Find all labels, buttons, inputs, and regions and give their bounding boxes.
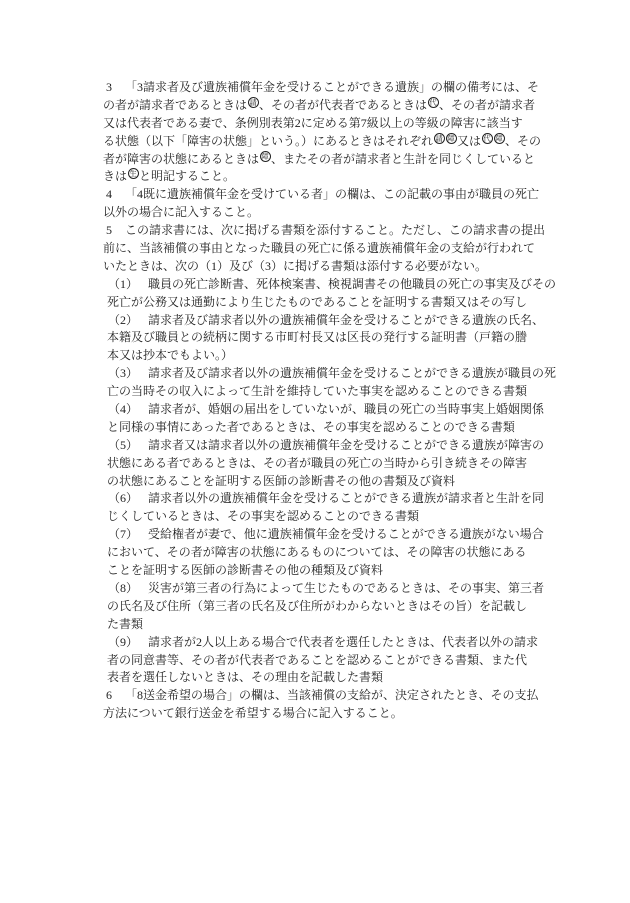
text-line: の氏名及び住所（第三者の氏名及び住所がわからないときはその旨）を記載し [103,598,543,616]
circled-kanji: 生 [128,168,139,179]
line-text: 、その [505,134,541,148]
line-text: 者の同意書等、その者が代表者であることを認めることができる書類、また代 [107,653,527,667]
item-number: 5 [103,222,125,240]
text-line: 又は代表者である妻で、条例別表第2に定める第7級以上の等級の障害に該当す [103,115,543,133]
text-line: において、その者が障害の状態にあるものについては、その障害の状態にある [103,544,543,562]
line-text: じくしているときは、その事実を認めることのできる書類 [107,509,419,523]
item-number: 3 [103,79,125,97]
text-line: 表者を選任しないときは、その理由を記載した書類 [103,669,543,687]
line-text: 受給権者が妻で、他に遺族補償年金を受けることができる遺族がない場合 [148,527,544,541]
text-line: 前に、当該補償の事由となった職員の死亡に係る遺族補償年金の支給が行われて [103,240,543,258]
sub-item-number: （8） [103,580,148,598]
line-text: 請求者又は請求者以外の遺族補償年金を受けることができる遺族が障害の [148,438,544,452]
text-line: 4「4既に遺族補償年金を受けている者」の欄は、この記載の事由が職員の死亡 [103,186,543,204]
text-line: じくしているときは、その事実を認めることのできる書類 [103,508,543,526]
text-line: 6「8送金希望の場合」の欄は、当該補償の支給が、決定されたとき、その支払 [103,687,543,705]
text-line: （4）請求者が、婚姻の届出をしていないが、職員の死亡の当時事実上婚姻関係 [103,401,543,419]
circled-kanji: 請 [434,133,445,144]
sub-item-number: （4） [103,401,148,419]
line-text: の状態にあることを証明する医師の診断書その他の書類及び資料 [107,474,455,488]
line-text: この請求書には、次に掲げる書類を添付すること。ただし、この請求書の提出 [125,223,545,237]
line-text: 方法について銀行送金を希望する場合に記入すること。 [103,706,403,720]
line-text: 請求者が、婚姻の届出をしていないが、職員の死亡の当時事実上婚姻関係 [148,402,544,416]
line-text: 、その者が代表者であるときは [259,98,427,112]
sub-item-number: （3） [103,365,148,383]
text-line: （5）請求者又は請求者以外の遺族補償年金を受けることができる遺族が障害の [103,437,543,455]
text-line: （9）請求者が2人以上ある場合で代表者を選任したときは、代表者以外の請求 [103,634,543,652]
line-text: 請求者及び請求者以外の遺族補償年金を受けることができる遺族が職員の死 [148,366,556,380]
line-text: 職員の死亡診断書、死体検案書、検視調書その他職員の死亡の事実及びその [148,277,556,291]
line-text: と同様の事情にあった者であるときは、その事実を認めることのできる書類 [107,420,515,434]
text-line: る状態（以下「障害の状態」という。）にあるときはそれぞれ請障又は代障、その [103,133,543,151]
line-text: の氏名及び住所（第三者の氏名及び住所がわからないときはその旨）を記載し [107,599,527,613]
circled-kanji: 代 [482,133,493,144]
text-line: た書類 [103,616,543,634]
sub-item-number: （5） [103,437,148,455]
line-text: 請求者及び請求者以外の遺族補償年金を受けることができる遺族の氏名、 [148,313,544,327]
line-text: る状態（以下「障害の状態」という。）にあるときはそれぞれ [103,134,433,148]
instructions-text-block: 3「3請求者及び遺族補償年金を受けることができる遺族」の欄の備考には、その者が請… [103,79,543,723]
line-text: の者が請求者であるときは [103,98,247,112]
line-text: 「3請求者及び遺族補償年金を受けることができる遺族」の欄の備考には、そ [125,80,539,94]
circled-kanji: 障 [494,133,505,144]
line-text: 者が障害の状態にあるときは [103,152,259,166]
item-number: 4 [103,186,125,204]
item-number: 6 [103,687,125,705]
text-line: の者が請求者であるときは請、その者が代表者であるときは代、その者が請求者 [103,97,543,115]
text-line: 3「3請求者及び遺族補償年金を受けることができる遺族」の欄の備考には、そ [103,79,543,97]
circled-kanji: 請 [248,97,259,108]
line-text: 死亡が公務又は通勤により生じたものであることを証明する書類又はその写し [107,295,527,309]
line-text: いたときは、次の（1）及び（3）に掲げる書類は添付する必要がない。 [103,259,487,273]
sub-item-number: （2） [103,312,148,330]
line-text: 本籍及び職員との続柄に関する市町村長又は区長の発行する証明書（戸籍の謄 [107,330,527,344]
line-text: と明記すること。 [139,169,235,183]
text-line: きは生と明記すること。 [103,168,543,186]
text-line: （2）請求者及び請求者以外の遺族補償年金を受けることができる遺族の氏名、 [103,312,543,330]
sub-item-number: （7） [103,526,148,544]
text-line: 者が障害の状態にあるときは障、またその者が請求者と生計を同じくしていると [103,151,543,169]
text-line: 亡の当時その収入によって生計を維持していた事実を認めることのできる書類 [103,383,543,401]
text-line: 死亡が公務又は通勤により生じたものであることを証明する書類又はその写し [103,294,543,312]
circled-kanji: 代 [428,97,439,108]
sub-item-number: （1） [103,276,148,294]
text-line: 本籍及び職員との続柄に関する市町村長又は区長の発行する証明書（戸籍の謄 [103,329,543,347]
circled-kanji: 障 [260,151,271,162]
text-line: と同様の事情にあった者であるときは、その事実を認めることのできる書類 [103,419,543,437]
text-line: 以外の場合に記入すること。 [103,204,543,222]
circled-kanji: 障 [446,133,457,144]
line-text: た書類 [107,617,143,631]
line-text: 、またその者が請求者と生計を同じくしていると [271,152,535,166]
line-text: 災害が第三者の行為によって生じたものであるときは、その事実、第三者 [148,581,544,595]
text-line: 5この請求書には、次に掲げる書類を添付すること。ただし、この請求書の提出 [103,222,543,240]
sub-item-number: （6） [103,490,148,508]
line-text: きは [103,169,127,183]
line-text: 又は代表者である妻で、条例別表第2に定める第7級以上の等級の障害に該当す [103,116,523,130]
line-text: 「4既に遺族補償年金を受けている者」の欄は、この記載の事由が職員の死亡 [125,187,539,201]
line-text: ことを証明する医師の診断書その他の種類及び資料 [107,563,383,577]
text-line: の状態にあることを証明する医師の診断書その他の書類及び資料 [103,473,543,491]
line-text: 以外の場合に記入すること。 [103,205,259,219]
line-text: 前に、当該補償の事由となった職員の死亡に係る遺族補償年金の支給が行われて [103,241,535,255]
line-text: 本又は抄本でもよい。） [107,348,233,362]
text-line: （7）受給権者が妻で、他に遺族補償年金を受けることができる遺族がない場合 [103,526,543,544]
text-line: （8）災害が第三者の行為によって生じたものであるときは、その事実、第三者 [103,580,543,598]
text-line: 状態にある者であるときは、その者が職員の死亡の当時から引き続きその障害 [103,455,543,473]
text-line: 者の同意書等、その者が代表者であることを認めることができる書類、また代 [103,652,543,670]
line-text: 、その者が請求者 [439,98,535,112]
text-line: いたときは、次の（1）及び（3）に掲げる書類は添付する必要がない。 [103,258,543,276]
text-line: （1）職員の死亡診断書、死体検案書、検視調書その他職員の死亡の事実及びその [103,276,543,294]
line-text: 状態にある者であるときは、その者が職員の死亡の当時から引き続きその障害 [107,456,527,470]
line-text: 表者を選任しないときは、その理由を記載した書類 [107,670,383,684]
document-page: 3「3請求者及び遺族補償年金を受けることができる遺族」の欄の備考には、その者が請… [0,0,630,903]
line-text: 請求者が2人以上ある場合で代表者を選任したときは、代表者以外の請求 [148,635,538,649]
line-text: 「8送金希望の場合」の欄は、当該補償の支給が、決定されたとき、その支払 [125,688,539,702]
line-text: 亡の当時その収入によって生計を維持していた事実を認めることのできる書類 [107,384,527,398]
line-text: において、その者が障害の状態にあるものについては、その障害の状態にある [107,545,527,559]
text-line: （6）請求者以外の遺族補償年金を受けることができる遺族が請求者と生計を同 [103,490,543,508]
text-line: 本又は抄本でもよい。） [103,347,543,365]
text-line: 方法について銀行送金を希望する場合に記入すること。 [103,705,543,723]
sub-item-number: （9） [103,634,148,652]
text-line: ことを証明する医師の診断書その他の種類及び資料 [103,562,543,580]
text-line: （3）請求者及び請求者以外の遺族補償年金を受けることができる遺族が職員の死 [103,365,543,383]
line-text: 又は [457,134,481,148]
line-text: 請求者以外の遺族補償年金を受けることができる遺族が請求者と生計を同 [148,491,544,505]
